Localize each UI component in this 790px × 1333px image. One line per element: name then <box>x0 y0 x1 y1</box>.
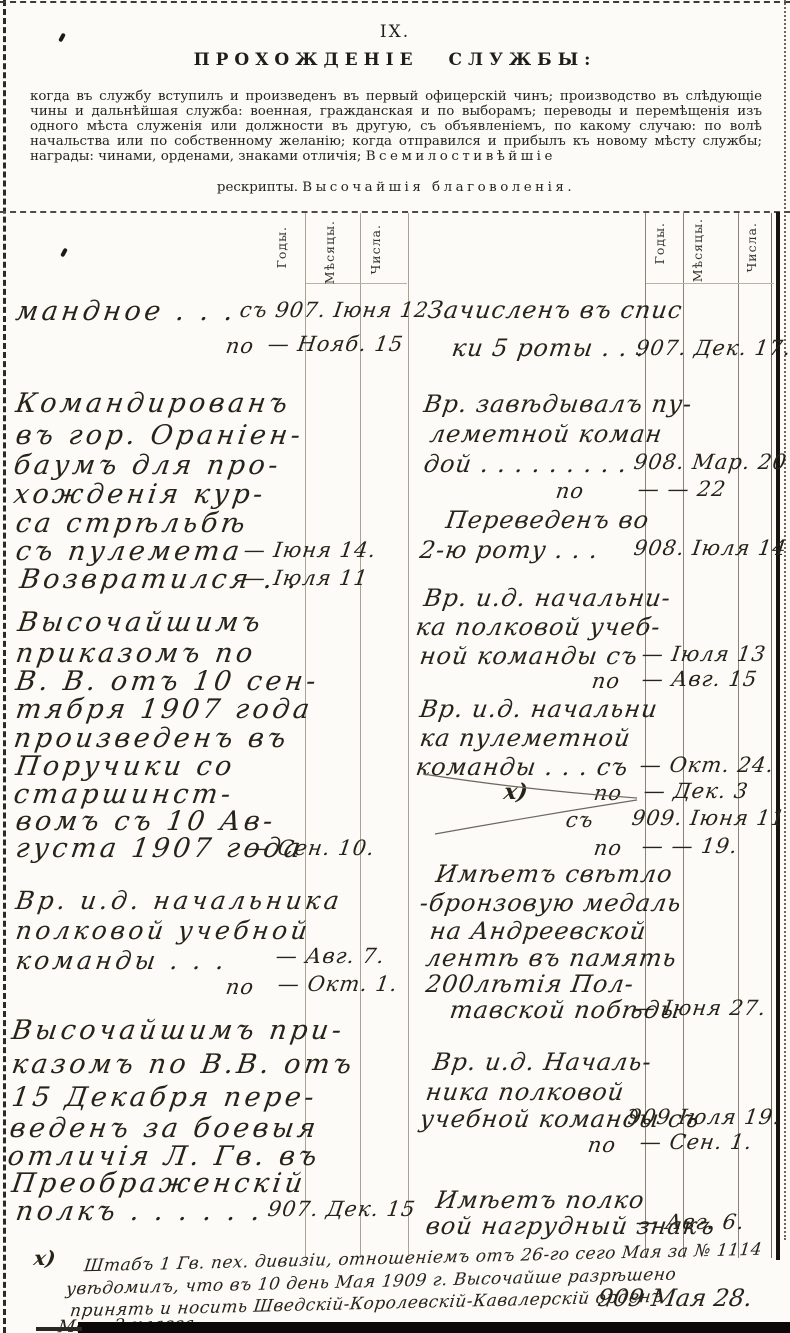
footnote-mark-flourish <box>395 762 645 842</box>
description-mid: рескрипты. <box>217 180 298 195</box>
date-entry: по <box>554 479 586 503</box>
column-header-years-left: Годы. <box>274 226 289 268</box>
date-entry: — Іюля 11 <box>242 566 370 590</box>
column-header-months-right: Мѣсяцы. <box>690 218 705 282</box>
service-entry-line: на Андреевской <box>428 917 648 945</box>
column-header-days-left: Числа. <box>368 224 383 274</box>
date-entry: — Нояб. 15 <box>266 332 405 356</box>
service-entry-line: баумъ для про- <box>12 450 283 481</box>
date-entry: — — 19. <box>640 834 739 858</box>
service-entry-line: хожденія кур- <box>12 479 268 510</box>
service-entry-line: дой . . . . . . . . . <box>422 450 629 478</box>
date-entry: — Іюня 14. <box>242 538 378 562</box>
date-entry: 909. Іюня 11 <box>630 806 787 830</box>
service-entry-line: Зачисленъ въ спис <box>426 296 684 324</box>
service-entry-line: 200лѣтія Пол- <box>424 970 636 998</box>
page-title: ПРОХОЖДЕНІЕ СЛУЖБЫ: <box>0 50 790 70</box>
service-entry-line: казомъ по В.В. отъ <box>10 1049 357 1080</box>
service-entry-line: Имѣетъ свѣтло <box>434 860 675 888</box>
section-description-last-line: рескрипты. Высочайшія благоволенія. <box>30 180 762 195</box>
service-entry-line: полковой учебной <box>14 916 313 945</box>
date-entry: 908. Іюля 14 <box>632 536 788 560</box>
column-header-months-left: Мѣсяцы. <box>322 220 337 284</box>
date-entry: — Окт. 24. <box>638 753 775 777</box>
table-vline <box>738 213 739 1258</box>
service-entry-line: Вр. завѣдывалъ пу- <box>422 390 694 418</box>
header-underline-right <box>646 283 774 284</box>
service-entry-line: -бронзовую медаль <box>418 889 683 917</box>
date-entry: 909 Іюля 19. <box>626 1105 782 1129</box>
service-entry-line: команды . . . <box>14 946 230 975</box>
service-entry-line: Командированъ <box>14 388 293 419</box>
service-entry-line: въ гор. Ораніен- <box>14 420 306 451</box>
date-entry: — Окт. 1. <box>276 972 399 996</box>
page-border-left <box>3 0 6 1333</box>
date-entry: — Іюня 27. <box>632 996 768 1020</box>
service-entry-line: веденъ за боевыя <box>8 1113 321 1144</box>
date-entry: — Авг. 6. <box>634 1210 746 1234</box>
date-entry: — Сен. 1. <box>638 1130 754 1154</box>
service-entry-line: ка пулеметной <box>418 724 633 752</box>
date-entry: 907. Дек. 17. <box>634 336 790 360</box>
service-entry-line: Высочайшимъ при- <box>10 1015 347 1046</box>
service-entry-line: Вр. и.д. начальника <box>14 886 344 915</box>
service-entry-line: Переведенъ во <box>444 506 651 534</box>
date-entry: — — 22 <box>636 477 727 501</box>
service-entry-line: Высочайшимъ <box>16 607 266 638</box>
service-entry-line: лентѣ въ память <box>424 944 679 972</box>
date-entry: по <box>590 669 622 693</box>
service-entry-line: ка полковой учеб- <box>414 613 662 641</box>
table-top-border <box>0 211 790 213</box>
date-entry: — Авг. 15 <box>640 667 759 691</box>
table-vline <box>645 213 646 1258</box>
scan-bottom-bar <box>78 1322 790 1333</box>
footnote-date: 909 Мая 28. <box>596 1284 754 1312</box>
service-entry-line: произведенъ въ <box>12 723 291 754</box>
description-spaced-1: Всемилостивѣйшіе <box>366 149 556 164</box>
section-description: когда въ службу вступилъ и произведенъ в… <box>30 90 762 165</box>
date-entry: 908. Мар. 20 <box>632 450 788 474</box>
service-entry-line: приказомъ по <box>14 638 258 669</box>
table-vline <box>771 213 772 1258</box>
column-header-days-right: Числа. <box>744 222 759 272</box>
service-entry-line: ника полковой <box>424 1078 626 1106</box>
description-spaced-2: Высочайшія благоволенія. <box>302 180 575 195</box>
page-border-right <box>784 0 786 1240</box>
service-entry-line: ной команды съ <box>418 642 640 670</box>
date-entry: — Сен. 10. <box>246 836 376 860</box>
service-entry-line: 15 Декабря пере- <box>10 1082 319 1113</box>
service-entry-line: леметной коман <box>428 420 664 448</box>
date-entry: съ 907. Іюня 12 <box>238 298 430 322</box>
service-entry-line: полкъ . . . . . . <box>14 1196 266 1227</box>
service-record-page: IX. ПРОХОЖДЕНІЕ СЛУЖБЫ: когда въ службу … <box>0 0 790 1333</box>
scan-bottom-bar-tail <box>36 1327 82 1331</box>
table-vline <box>360 213 361 1258</box>
date-entry: 907. Дек. 15 <box>266 1197 417 1221</box>
date-entry: — Авг. 7. <box>274 944 386 968</box>
page-border-top <box>0 1 790 3</box>
service-entry-line: мандное . . . <box>14 296 239 327</box>
service-entry-line: тября 1907 года <box>14 694 315 725</box>
table-right-border <box>776 212 780 1260</box>
date-entry: по <box>224 334 256 358</box>
service-entry-line: съ пулемета <box>14 536 245 567</box>
table-vline <box>683 213 684 1258</box>
service-entry-line: са стрѣльбѣ <box>14 508 251 539</box>
service-entry-line: Поручики со <box>14 751 237 782</box>
column-header-years-right: Годы. <box>652 222 667 264</box>
date-entry: по <box>586 1133 618 1157</box>
service-entry-line: Преображенскій <box>10 1168 308 1199</box>
service-entry-line: Вр. и.д. начальни <box>418 695 660 723</box>
service-entry-line: Вр. и.д. Началь- <box>431 1048 654 1076</box>
date-entry: по <box>224 975 256 999</box>
service-entry-line: Вр. и.д. начальни- <box>422 584 673 612</box>
service-entry-line: Имѣетъ полко <box>434 1186 646 1214</box>
date-entry: — Дек. 3 <box>642 779 750 803</box>
service-entry-line: 2-ю роту . . . <box>418 536 600 564</box>
section-number: IX. <box>0 22 790 42</box>
table-vline <box>408 213 409 1258</box>
footnote-mark: х) <box>32 1246 57 1270</box>
service-entry-line: ки 5 роты . . . <box>450 334 647 362</box>
date-entry: — Іюля 13 <box>640 642 768 666</box>
service-entry-line: В. В. отъ 10 сен- <box>14 666 321 697</box>
ink-speck <box>60 248 68 258</box>
